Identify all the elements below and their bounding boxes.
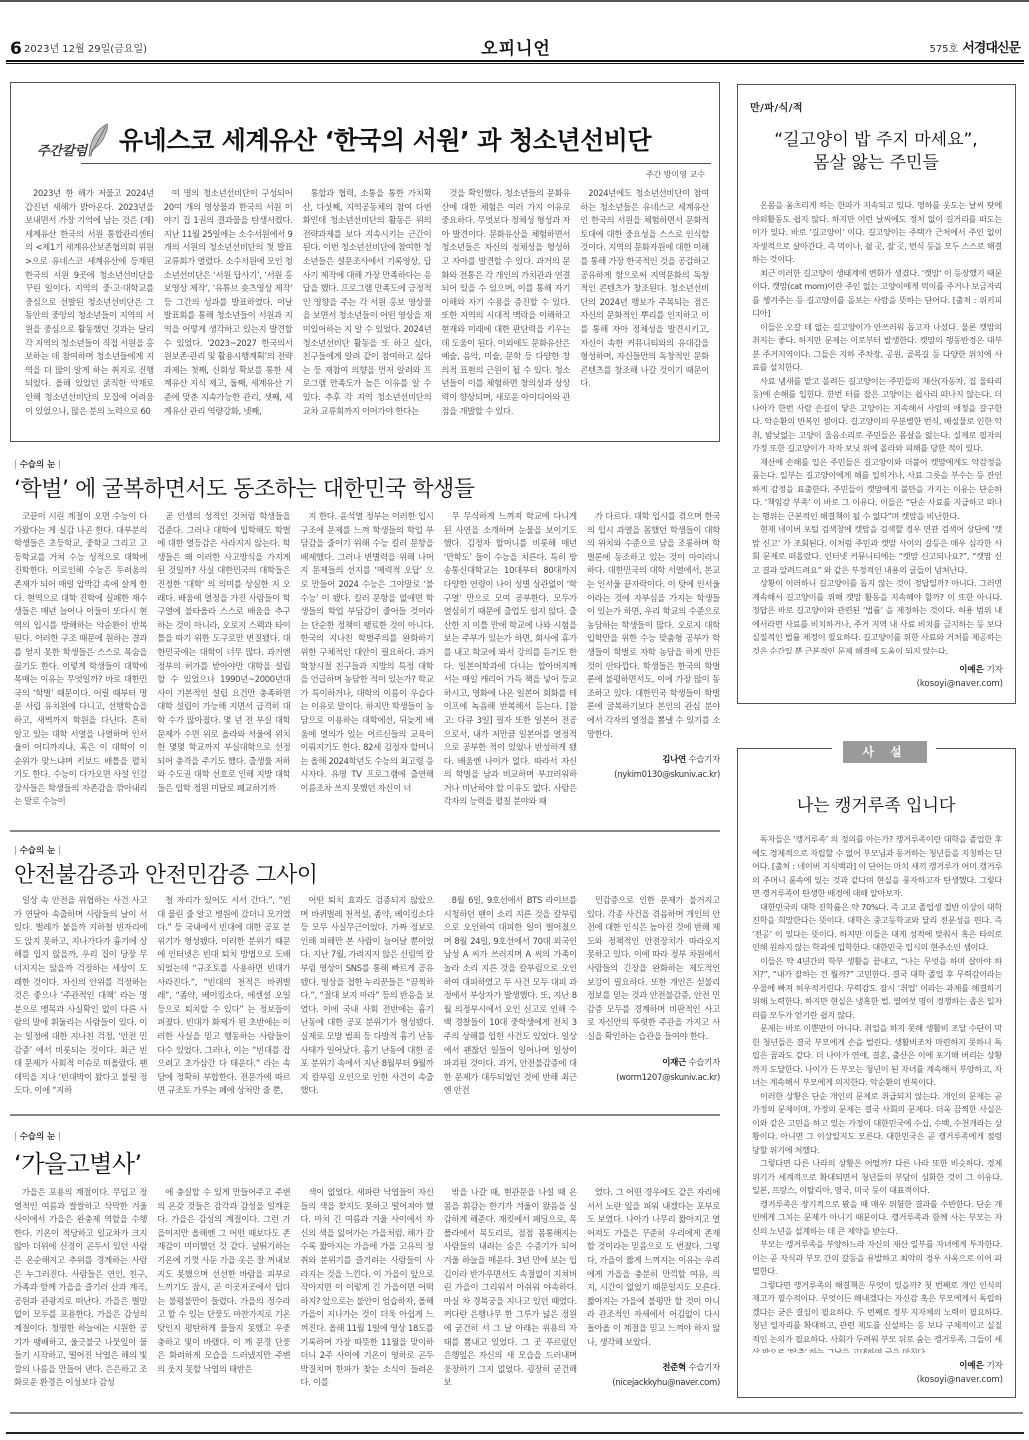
paragraph: 부모는 캥거루족을 부양하느라 자신의 재산 일부를 자녀에게 투자한다. 이는… <box>752 1238 1002 1279</box>
byline-role: 기자 <box>987 665 1003 675</box>
article-text: 가을은 포용의 계절이다. 무덥고 정열적인 여름과 쌀쌀하고 삭막한 겨울 사… <box>14 1186 147 1390</box>
column-text: 2024년에도 청소년선비단이 참여하는 청소년들은 유네스코 세계유산인 한국… <box>580 187 709 391</box>
column-text: 2023년 한 해가 저물고 2024년 갑진년 새해가 밝아온다. 2023년… <box>25 187 154 418</box>
article2-title: 안전불감증과 안전민감증 그사이 <box>14 858 318 889</box>
article1-kicker: 수습의 눈 <box>14 458 61 470</box>
byline-name: 김나연 <box>662 755 686 765</box>
column-body: 2023년 한 해가 저물고 2024년 갑진년 새해가 밝아온다. 2023년… <box>25 187 709 435</box>
title-underline <box>81 163 711 164</box>
article-text: 어떤 퇴치 효과도 검증되지 않았으며 바퀴벌레 천적설, 좀약, 베이킹소다 … <box>300 894 433 1098</box>
byline-email: (kosoyi@naver.com) <box>917 679 1003 689</box>
page-number: 6 <box>10 40 22 58</box>
manpa-title: “길고양이 밥 주지 마세요”, 몸살 앓는 주민들 <box>738 129 1014 175</box>
article2-kicker: 수습의 눈 <box>14 844 61 856</box>
byline-role: 기자 <box>987 1361 1003 1371</box>
article-text: 가 다르다. 대학 입시를 겪으며 한국의 입시 과열을 몸했던 학생들이 대학… <box>587 510 720 741</box>
column-byline: 주간 방미영 교수 <box>646 169 705 180</box>
paragraph: 재산에 손해를 입은 주민들은 길고양이와 더불어 캣맘에게도 악감정을 품는다… <box>752 456 1002 524</box>
top-edge-rule <box>0 0 1029 2</box>
masthead-rule <box>6 60 1024 64</box>
paragraph: 사료 냄새를 맡고 몰려든 길고양이는 주민들의 재산(자동차, 집 울타리 등… <box>752 375 1002 456</box>
article2-byline: 이재근 수습기자 (worm1207@skuniv.ac.kr) <box>587 1056 720 1086</box>
article3-kicker: 수습의 눈 <box>14 1130 61 1142</box>
article1-body: 코끝이 시린 계절이 오면 수능이 다가왔다는 게 실감 나곤 한다. 대부분의… <box>14 510 720 808</box>
article-text: 색이 없었다. 새파란 낙엽들이 자신들의 색을 찾지도 못하고 떨어져야 했다… <box>300 1186 433 1390</box>
article-text: 에 충실할 수 있게 만들어주고 주변의 온갖 것들은 감각과 감성을 일깨운다… <box>157 1186 290 1376</box>
paragraph: 독자들은 ‘캥거루족’ 의 정의를 아는가? 캥거루족이란 대학을 졸업한 후에… <box>752 833 1002 901</box>
paragraph: 온몸을 움츠리게 하는 한파가 지속되고 있다. 영하를 웃도는 날씨 탓에 야… <box>752 199 1002 267</box>
paragraph: 이러한 상황은 단순 개인의 문제로 취급되지 않는다. 개인의 문제는 곧 가… <box>752 1090 1002 1158</box>
byline-name: 이재근 <box>662 1058 686 1068</box>
editorial-title: 나는 캥거루족 입니다 <box>738 791 1014 816</box>
article1-byline: 김나연 수습기자 (nykim0130@skuniv.ac.kr) <box>587 753 720 783</box>
article-text: 8월 6일, 9호선에서 BTS 라이브를 시청하던 팬이 소리 지른 것을 칼… <box>444 894 577 1098</box>
issue-number: 575호 <box>929 44 958 55</box>
editorial-tab: 사 설 <box>843 741 927 763</box>
article3-title: ‘가을고별사’ <box>14 1144 142 1179</box>
paragraph: 그렇다면 캥거루족의 해결책은 무엇이 있을까? 첫 번째로 개인 인식의 재고… <box>752 1279 1002 1354</box>
manpa-byline: 이예은 기자 (kosoyi@naver.com) <box>917 663 1003 691</box>
manpa-title-line1: “길고양이 밥 주지 마세요”, <box>738 129 1014 152</box>
column-text: 통합과 협력, 소통을 통한 가치확산, 다섯째, 지역공동체의 참여 다변화인… <box>303 187 432 418</box>
article3-body: 가을은 포용의 계절이다. 무덥고 정열적인 여름과 쌀쌀하고 삭막한 겨울 사… <box>14 1186 720 1402</box>
weekly-column: 주간칼럼 유네스코 세계유산 ‘한국의 서원’ 과 청소년선비단 주간 방미영 … <box>10 82 720 442</box>
manpa-column: 만/파/식/적 “길고양이 밥 주지 마세요”, 몸살 앓는 주민들 온몸을 움… <box>737 84 1016 704</box>
feather-quill-icon <box>86 123 110 157</box>
paragraph: 대한민국의 대학 진학률은 약 70%다. 즉 고교 졸업생 절반 이상이 대학… <box>752 901 1002 955</box>
article-text: 철 자리가 있어도 서서 간다.”, “빈대 물린 줄 알고 병원에 갔더니 모… <box>157 894 290 1098</box>
article-text: 무 무식하게 느껴져 학교에 다니게 된 사연을 소개하며 눈물을 보이기도 했… <box>444 510 577 808</box>
article-text: 였다. 그 어떤 경우에도 같은 자리에 서서 노란 잎을 피워 내겠다는 포부… <box>587 1186 720 1349</box>
editorial-body: 독자들은 ‘캥거루족’ 의 정의를 아는가? 캥거루족이란 대학을 졸업한 후에… <box>752 833 1002 1353</box>
paper-name: 서경대신문 <box>962 41 1020 56</box>
byline-role: 수습기자 <box>688 1058 720 1068</box>
byline-role: 수습기자 <box>688 1363 720 1373</box>
article2-body: 일상 속 안전을 위협하는 사건 사고가 연달아 속출하며 사람들의 날이 서 … <box>14 894 720 1100</box>
byline-email: (worm1207@skuniv.ac.kr) <box>616 1073 720 1083</box>
article3-byline: 전준혁 수습기자 (nicejackkyhu@naver.com) <box>587 1361 720 1391</box>
paragraph: 이들은 오갈 데 없는 길고양이가 안쓰러워 돕고자 나섰다. 물론 캣맘의 취… <box>752 321 1002 375</box>
paragraph: 이들은 약 4년간의 학부 생활을 끝내고, “나는 무엇을 하며 살아야 하지… <box>752 955 1002 1023</box>
paragraph: 현재 네이버 포털 검색창에 캣맘을 검색할 경우 연관 검색어 상단에 ‘캣맘… <box>752 523 1002 577</box>
byline-email: (nykim0130@skuniv.ac.kr) <box>614 770 720 780</box>
column-text: 것을 확인했다. 청소년들의 문화유산에 대한 체험은 여러 가지 이유로 중요… <box>441 187 570 418</box>
editorial-byline: 이예은 기자 (kosoyi@naver.com) <box>917 1359 1003 1387</box>
paragraph: 상황이 이러하니 길고양이를 돕지 않는 것이 정답일까? 아니다. 그러면 계… <box>752 577 1002 654</box>
article-text: 지 한다. 윤석열 정부는 이러한 입시 구조에 문제를 느껴 학생들의 학업 … <box>300 510 433 795</box>
byline-email: (kosoyi@naver.com) <box>917 1375 1003 1385</box>
article-text: 민감증으로 인한 문제가 불거지고 있다. 각종 사건을 겪음하며 개인의 안전… <box>587 894 720 1044</box>
paragraph: 캥거루족은 장기적으로 봤을 때 매우 위험한 결과를 수반한다. 단순 개인에… <box>752 1198 1002 1239</box>
column-label: 주간칼럼 <box>37 140 87 159</box>
column-text: 여 명의 청소년선비단이 구성되어 20여 개의 영상물과 한국의 서원 이야기… <box>164 187 293 418</box>
article-text: 일상 속 안전을 위협하는 사건 사고가 연달아 속출하며 사람들의 날이 서 … <box>14 894 147 1098</box>
manpa-body: 온몸을 움츠리게 하는 한파가 지속되고 있다. 영하를 웃도는 날씨 탓에 야… <box>752 199 1002 654</box>
byline-role: 수습기자 <box>688 755 720 765</box>
byline-name: 전준혁 <box>662 1363 686 1373</box>
byline-name: 이예은 <box>959 1361 984 1371</box>
article-text: 곧 인생의 성적인 것처럼 학생들을 겁준다. 그러나 대학에 입학해도 학벌에… <box>157 510 290 795</box>
article-separator <box>10 1114 720 1116</box>
paragraph: 문제는 바로 이뿐만이 아니다. 취업을 하지 못해 생활비 조달 수단이 막힌… <box>752 1022 1002 1090</box>
page-bottom-separator <box>10 1412 1023 1414</box>
byline-email: (nicejackkyhu@naver.com) <box>612 1378 720 1388</box>
editorial: 사 설 나는 캥거루족 입니다 독자들은 ‘캥거루족’ 의 정의를 아는가? 캥… <box>737 748 1016 1398</box>
manpa-kicker: 만/파/식/적 <box>750 99 803 114</box>
article1-title: ‘학벌’ 에 굴복하면서도 동조하는 대한민국 학생들 <box>14 472 475 503</box>
article-text: 코끝이 시린 계절이 오면 수능이 다가왔다는 게 실감 나곤 한다. 대부분의… <box>14 510 147 808</box>
paragraph: 그렇다면 다른 나라의 상황은 어떨까? 다른 나라 또한 비슷하다. 경제 위… <box>752 1157 1002 1198</box>
section-name: 오피니언 <box>8 40 1024 58</box>
article-text: 밖을 나갈 때, 현관문을 나설 때 온몸을 휘감는 한기가 겨울이 왔음을 실… <box>444 1186 577 1390</box>
manpa-title-line2: 몸살 앓는 주민들 <box>738 152 1014 175</box>
article-separator <box>10 830 720 832</box>
masthead: 오피니언 6 2023년 12월 29일(금요일) 575호서경대신문 <box>8 40 1024 58</box>
issue-date: 2023년 12월 29일(금요일) <box>24 44 147 56</box>
byline-name: 이예은 <box>959 665 984 675</box>
page-bottom-rule <box>6 1432 1024 1434</box>
column-title: 유네스코 세계유산 ‘한국의 서원’ 과 청소년선비단 <box>119 121 651 157</box>
paragraph: 최근 이러한 길고양이 생태계에 변화가 생겼다. ‘캣맘’ 이 등장했기 때문… <box>752 267 1002 321</box>
issue-info: 575호서경대신문 <box>929 42 1020 57</box>
